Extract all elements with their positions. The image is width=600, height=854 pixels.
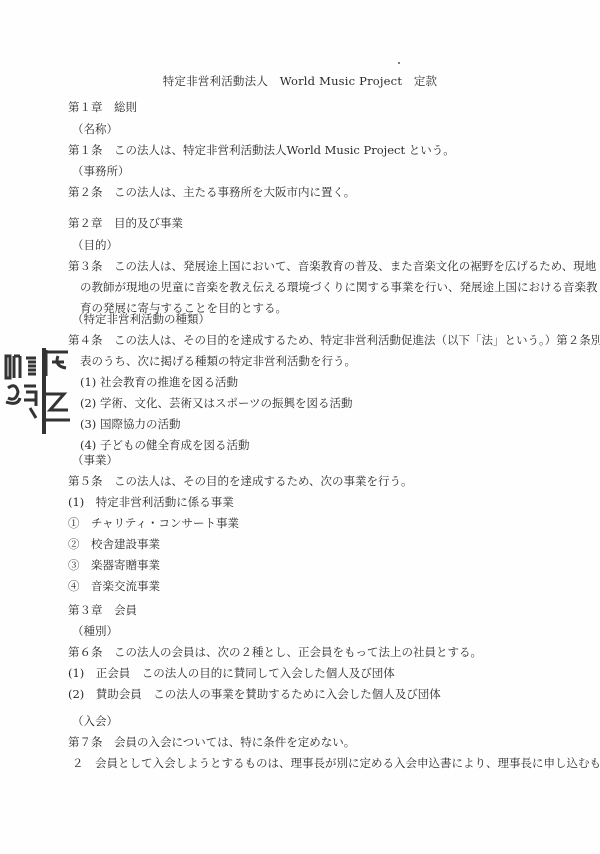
- document-line: ③ 楽器寄贈事業: [68, 558, 160, 572]
- document-line: 第３章 会員: [68, 603, 137, 617]
- seal-stamp-icon: [2, 348, 78, 434]
- document-line: 第２章 目的及び事業: [68, 216, 183, 230]
- scan-speck: [398, 62, 400, 64]
- document-line: 第３条 この法人は、発展途上国において、音楽教育の普及、また音楽文化の裾野を広げ…: [68, 259, 596, 273]
- document-line: の教師が現地の児童に音楽を教え伝える環境づくりに関する事業を行い、発展途上国にお…: [80, 280, 598, 294]
- document-line: (1) 正会員 この法人の目的に賛同して入会した個人及び団体: [68, 666, 395, 680]
- document-line: （種別）: [72, 624, 118, 638]
- document-line: 第１章 総則: [68, 100, 137, 114]
- document-line: 第５条 この法人は、その目的を達成するため、次の事業を行う。: [68, 474, 413, 488]
- document-line: 第４条 この法人は、その目的を達成するため、特定非営利活動促進法（以下「法」とい…: [68, 333, 600, 347]
- document-line: (1) 社会教育の推進を図る活動: [80, 375, 238, 389]
- document-line: 第７条 会員の入会については、特に条件を定めない。: [68, 735, 355, 749]
- document-page: 特定非営利活動法人 World Music Project 定款 第１章 総則（…: [0, 0, 600, 854]
- document-line: （特定非営利活動の種類）: [72, 312, 210, 326]
- document-line: （入会）: [72, 714, 118, 728]
- document-line: (3) 国際協力の活動: [80, 417, 180, 431]
- document-line: (1) 特定非営利活動に係る事業: [68, 495, 234, 509]
- document-line: (2) 学術、文化、芸術又はスポーツの振興を図る活動: [80, 396, 352, 410]
- document-title: 特定非営利活動法人 World Music Project 定款: [0, 73, 600, 89]
- document-line: 第６条 この法人の会員は、次の２種とし、正会員をもって法上の社員とする。: [68, 645, 482, 659]
- document-line: 表のうち、次に掲げる種類の特定非営利活動を行う。: [80, 354, 356, 368]
- document-line: ２ 会員として入会しようとするものは、理事長が別に定める入会申込書により、理事長…: [72, 756, 600, 770]
- document-line: 第２条 この法人は、主たる事務所を大阪市内に置く。: [68, 185, 355, 199]
- document-line: 第１条 この法人は、特定非営利活動法人World Music Project と…: [68, 143, 455, 157]
- document-line: ① チャリティ・コンサート事業: [68, 516, 239, 530]
- document-line: （名称）: [72, 122, 118, 136]
- document-line: （事務所）: [72, 164, 130, 178]
- document-line: (4) 子どもの健全育成を図る活動: [80, 438, 249, 452]
- document-line: (2) 賛助会員 この法人の事業を賛助するために入会した個人及び団体: [68, 687, 441, 701]
- document-line: ④ 音楽交流事業: [68, 579, 160, 593]
- document-line: ② 校舎建設事業: [68, 537, 160, 551]
- document-line: （事業）: [72, 453, 118, 467]
- document-line: （目的）: [72, 238, 118, 252]
